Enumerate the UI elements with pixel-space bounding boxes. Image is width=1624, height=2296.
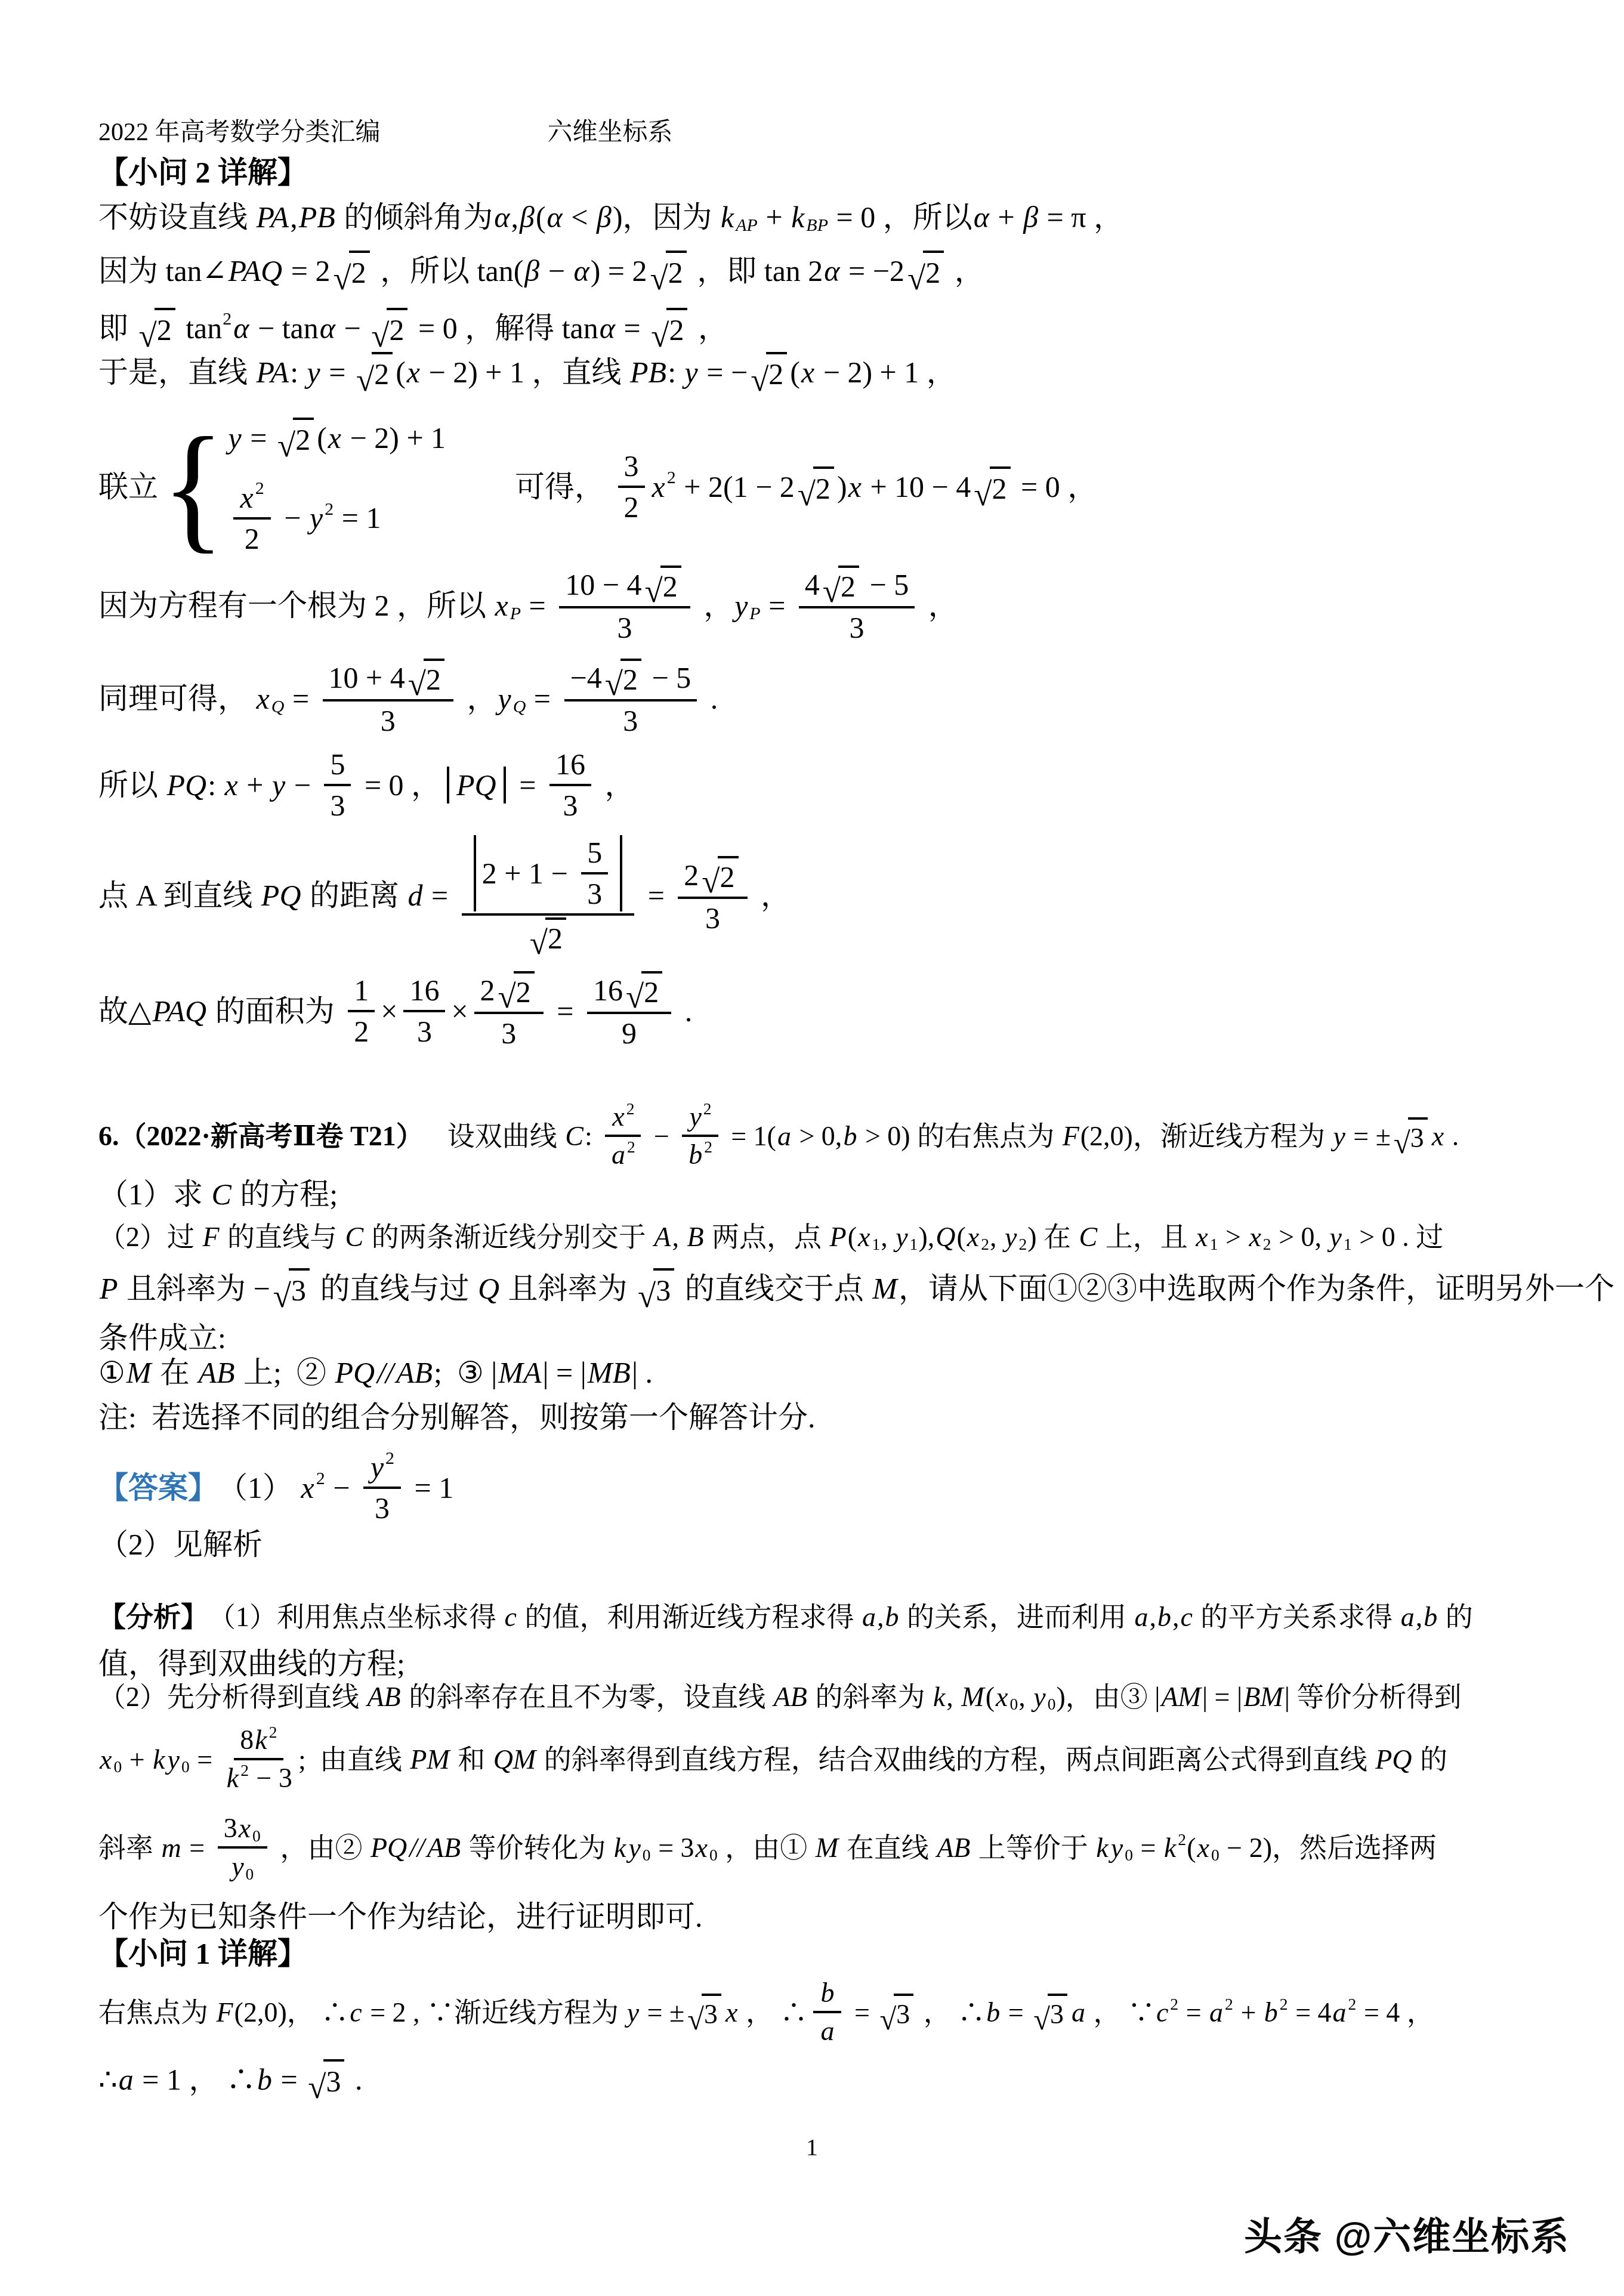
section-label-subq1: 【小问 1 详解】 (98, 1935, 307, 1973)
watermark: 头条 @六维坐标系 (1244, 2206, 1570, 2261)
analysis-line-6: 个作为已知条件一个作为结论，进行证明即可. (98, 1898, 703, 1936)
sol2-line-9-distance: 点 A 到直线 PQ 的距离 d = 2 + 1 − 53√2 = 2√23 ， (98, 835, 791, 956)
sol2-line-5-system: 联立{y = √2(x − 2) + 1x22 − y2 = 1可得， 32x2… (98, 418, 1097, 557)
problem6-part2-line3: 条件成立: (98, 1319, 226, 1357)
answer-line-1: 【答案】（1） x2 − y23 = 1 (98, 1450, 453, 1526)
page-number: 1 (0, 2133, 1624, 2161)
document-page: 2022 年高考数学分类汇编 六维坐标系 【小问 2 详解】 不妨设直线 PA,… (0, 0, 1624, 2296)
sol2-line-7: 同理可得， xQ = 10 + 4√23 ，yQ = −4√2 − 53 . (98, 659, 718, 738)
problem6-part2-line1: （2）过 F 的直线与 C 的两条渐近线分别交于 A, B 两点，点 P(x1,… (98, 1220, 1443, 1254)
problem6-part2-line2: P 且斜率为 −√3 的直线与过 Q 且斜率为 √3 的直线交于点 M，请从下面… (98, 1268, 1614, 1309)
analysis-line-4: x0 + ky0 = 8k2k2 − 3; 由直线 PM 和 QM 的斜率得到直… (98, 1724, 1447, 1795)
sol1-line-1: 右焦点为 F(2,0)， ∴c = 2 , ∵渐近线方程为 y = ±√3x ，… (98, 1977, 1434, 2048)
sol1-line-2: ∴a = 1 ， ∴b = √3 . (98, 2059, 362, 2100)
problem6-statement: 6.（2022·新高考Ⅱ卷 T21）设双曲线 C: x2a2 − y2b2 = … (98, 1101, 1459, 1172)
analysis-line-1: 【分析】（1）利用焦点坐标求得 c 的值，利用渐近线方程求得 a,b 的关系，进… (98, 1600, 1473, 1634)
sol2-line-2: 因为 tan∠PAQ = 2√2 ，所以 tan(β − α) = 2√2 ，即… (98, 251, 984, 292)
problem6-conditions: ①M 在 AB 上; ② PQ//AB; ③ |MA| = |MB| . (98, 1354, 653, 1392)
sol2-line-4: 于是，直线 PA: y = √2(x − 2) + 1 ，直线 PB: y = … (98, 352, 956, 393)
sol2-line-1: 不妨设直线 PA,PB 的倾斜角为α,β(α < β)，因为 kAP + kBP… (98, 199, 1123, 236)
sol2-line-10-area: 故△PAQ 的面积为 12×163×2√23 = 16√29 . (98, 971, 692, 1051)
problem6-part1: （1）求 C 的方程; (98, 1176, 338, 1213)
answer-line-2: （2）见解析 (98, 1526, 263, 1563)
problem6-note: 注: 若选择不同的组合分别解答，则按第一个解答计分. (98, 1399, 815, 1436)
page-header: 2022 年高考数学分类汇编 六维坐标系 (98, 117, 673, 149)
header-title: 2022 年高考数学分类汇编 (98, 117, 381, 149)
section-label-subq2: 【小问 2 详解】 (98, 154, 307, 191)
header-site-name: 六维坐标系 (548, 117, 673, 149)
analysis-line-5: 斜率 m = 3x0y0 ，由② PQ//AB 等价转化为 ky0 = 3x0 … (98, 1812, 1437, 1883)
sol2-line-8: 所以 PQ: x + y − 53 = 0 ，PQ = 163 ， (98, 747, 634, 823)
sol2-line-3: 即 √2 tan2α − tanα − √2 = 0 ，解得 tanα = √2… (98, 308, 728, 349)
analysis-line-2: 值，得到双曲线的方程; (98, 1645, 405, 1683)
analysis-line-3: （2）先分析得到直线 AB 的斜率存在且不为零，设直线 AB 的斜率为 k, M… (98, 1680, 1461, 1714)
sol2-line-6: 因为方程有一个根为 2 ，所以 xP = 10 − 4√23 ，yP = 4√2… (98, 565, 958, 645)
